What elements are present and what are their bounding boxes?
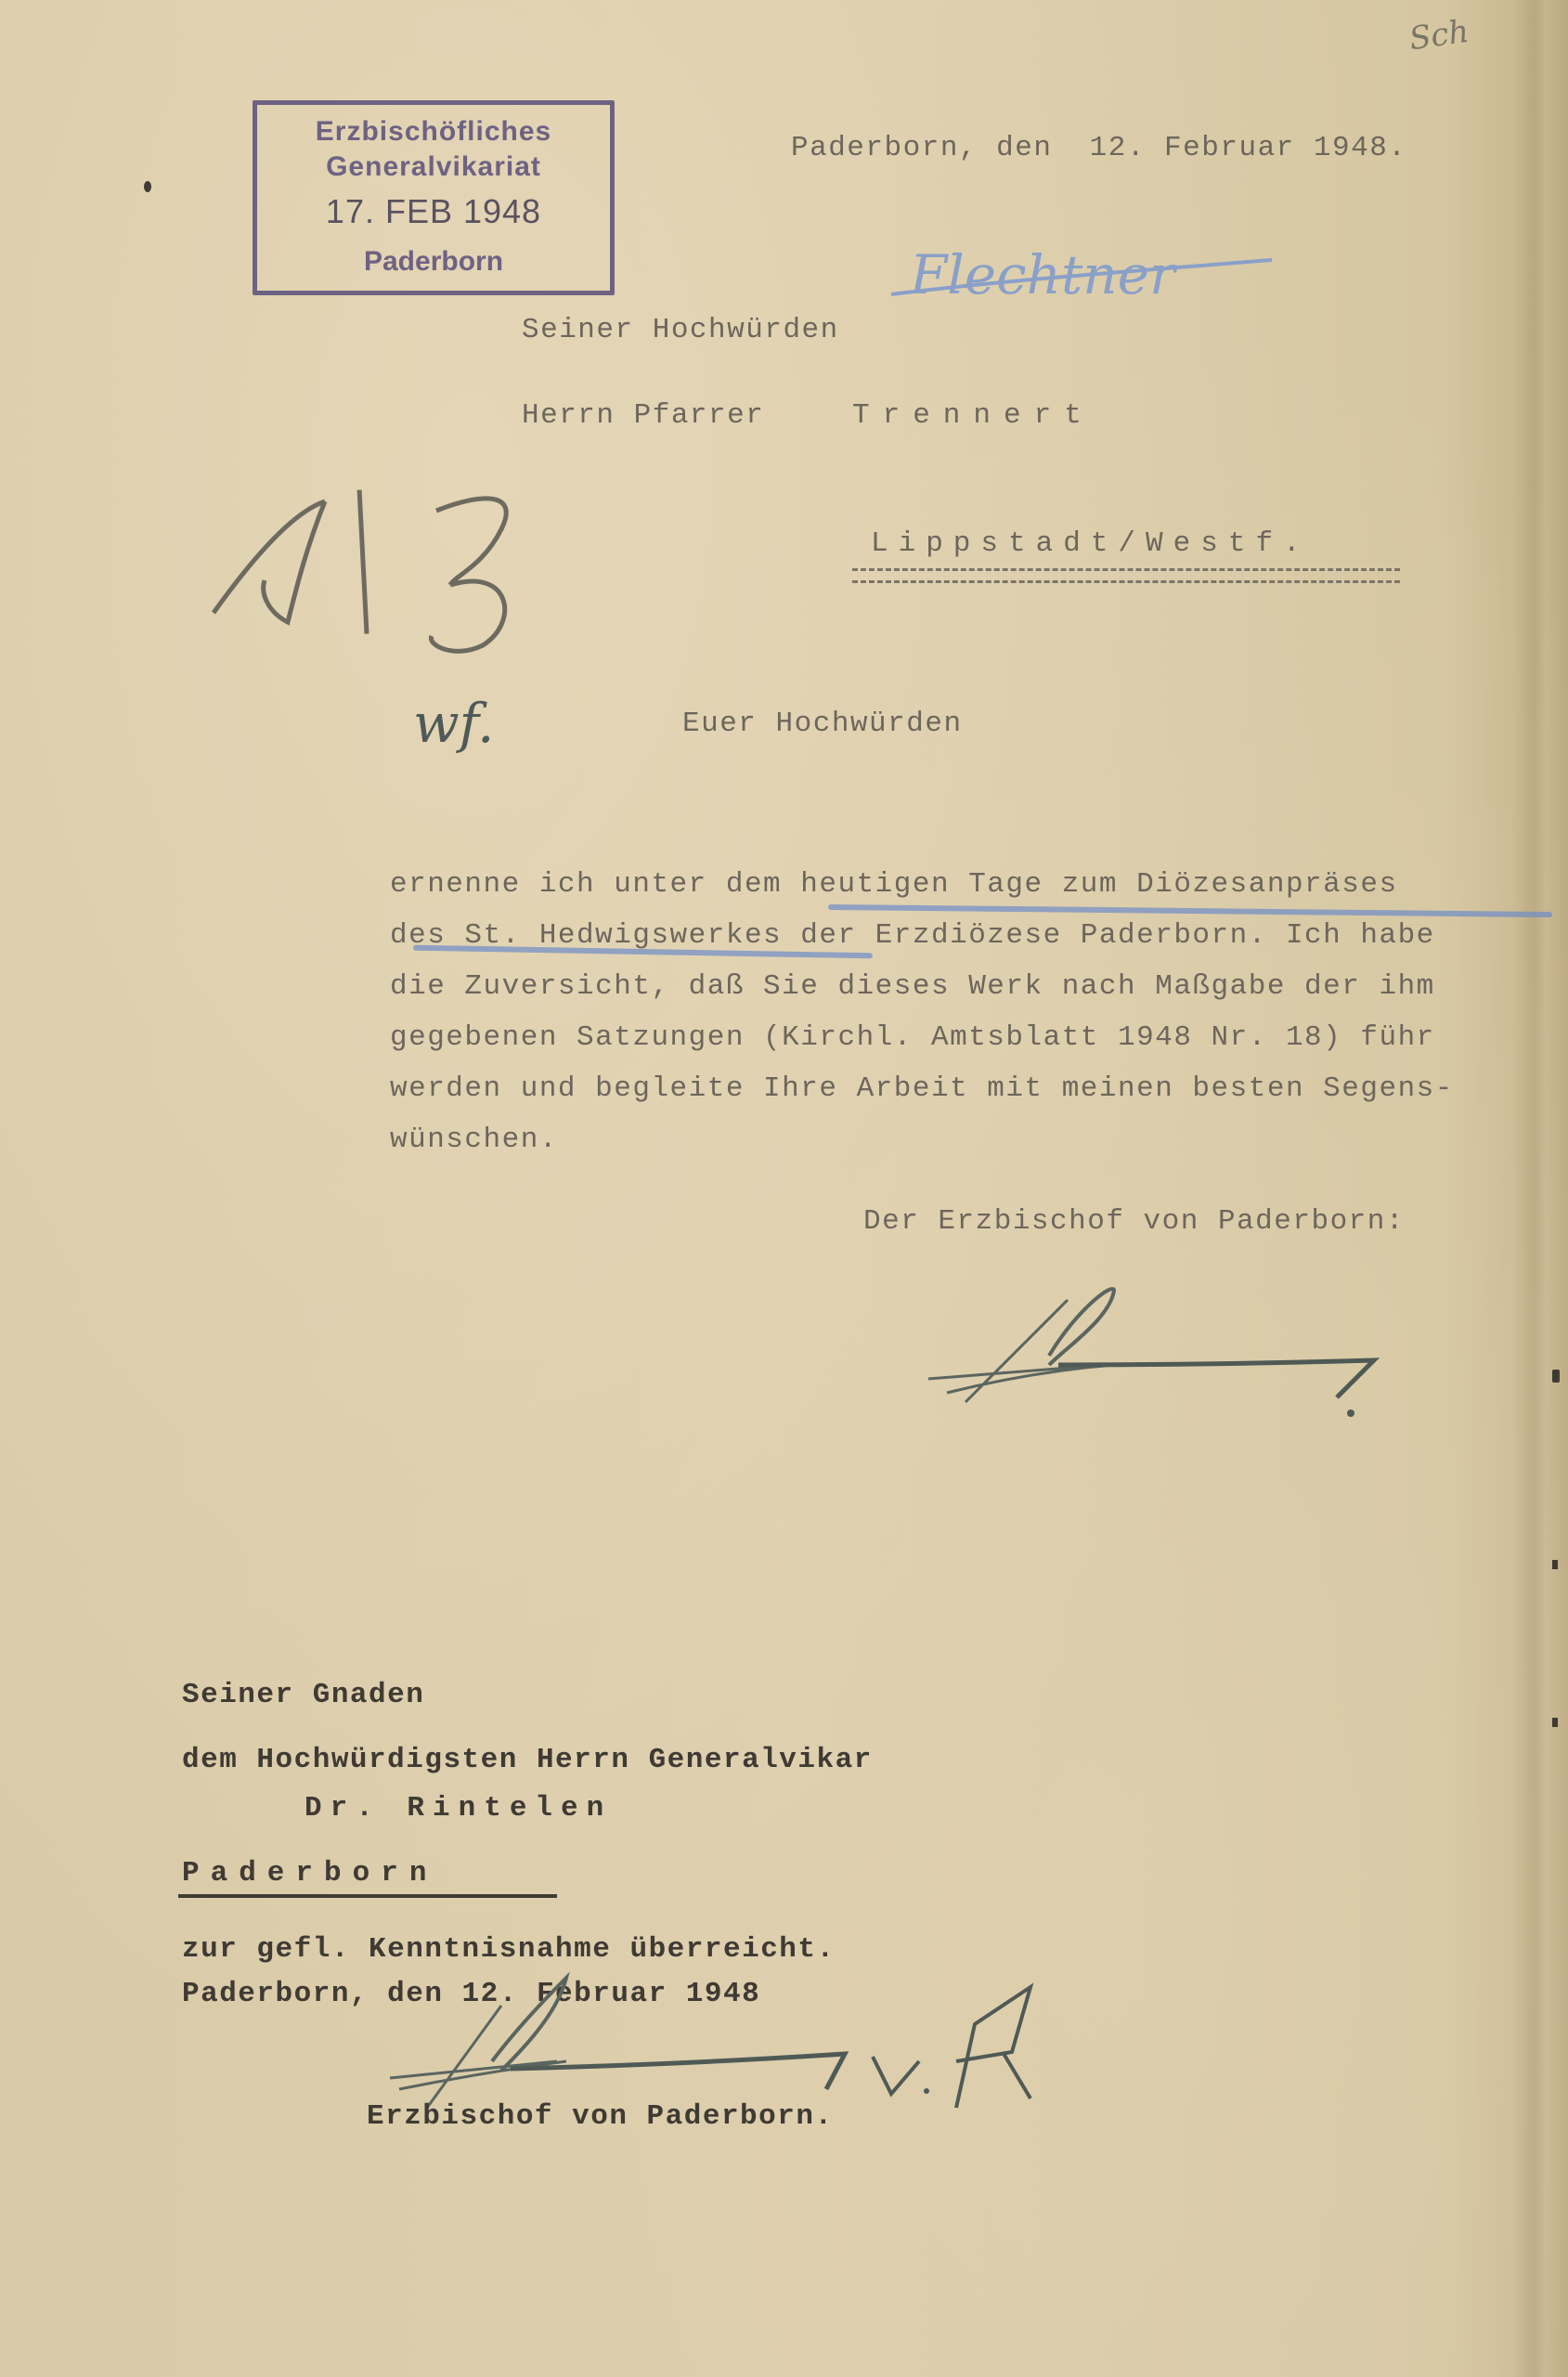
edge-mark — [1552, 1718, 1558, 1727]
signature-archbishop-icon — [928, 1272, 1467, 1421]
ink-dot — [144, 181, 151, 192]
edge-mark — [1552, 1370, 1560, 1383]
addressee-salutation: Seiner Hochwürden — [522, 314, 839, 346]
document-page: Sch Erzbischöfliches Generalvikariat 17.… — [0, 0, 1568, 2377]
pencil-initials: wf. — [413, 692, 494, 755]
forwarding-note: zur gefl. Kenntnisnahme überreicht. — [182, 1933, 836, 1966]
blue-handwritten-name: Flechtner — [910, 243, 1175, 306]
strike-through-icon — [891, 253, 1281, 308]
forwarding-signer: Erzbischof von Paderborn. — [367, 2100, 834, 2133]
addressee-name: Trennert — [852, 399, 1095, 432]
city-double-underline — [852, 568, 1400, 583]
forwarding-city: Paderborn — [182, 1857, 437, 1890]
pencil-mark-dB-icon — [204, 483, 538, 687]
addressee-title: Herrn Pfarrer — [522, 399, 764, 432]
stamp-date: 17. FEB 1948 — [257, 192, 610, 231]
stamp-place: Paderborn — [257, 246, 610, 278]
forwarding-name: Dr. Rintelen — [305, 1792, 612, 1825]
addressee-city: Lippstadt/Westf. — [871, 527, 1311, 560]
stamp-line-1: Erzbischöfliches — [257, 116, 610, 148]
header-place-date: Paderborn, den 12. Februar 1948. — [791, 132, 1406, 164]
body-line-5: werden und begleite Ihre Arbeit mit mein… — [390, 1072, 1454, 1105]
body-line-1: ernenne ich unter dem heutigen Tage zum … — [390, 868, 1398, 901]
page-edge-shadow — [1512, 0, 1568, 2377]
forwarding-salutation: Seiner Gnaden — [182, 1679, 424, 1711]
letter-greeting: Euer Hochwürden — [682, 708, 963, 740]
edge-mark — [1552, 1560, 1558, 1569]
forwarding-city-underline — [178, 1894, 557, 1898]
body-line-3: die Zuversicht, daß Sie dieses Werk nach… — [390, 970, 1435, 1003]
body-line-4: gegebenen Satzungen (Kirchl. Amtsblatt 1… — [390, 1021, 1435, 1054]
forwarding-recipient: dem Hochwürdigsten Herrn Generalvikar — [182, 1744, 873, 1776]
body-line-6: wünschen. — [390, 1124, 558, 1156]
letter-closing: Der Erzbischof von Paderborn: — [863, 1205, 1405, 1238]
blue-underline-1 — [828, 904, 1552, 917]
stamp-line-2: Generalvikariat — [257, 151, 610, 183]
corner-pencil-note: Sch — [1407, 13, 1471, 58]
received-stamp: Erzbischöfliches Generalvikariat 17. FEB… — [253, 100, 615, 295]
